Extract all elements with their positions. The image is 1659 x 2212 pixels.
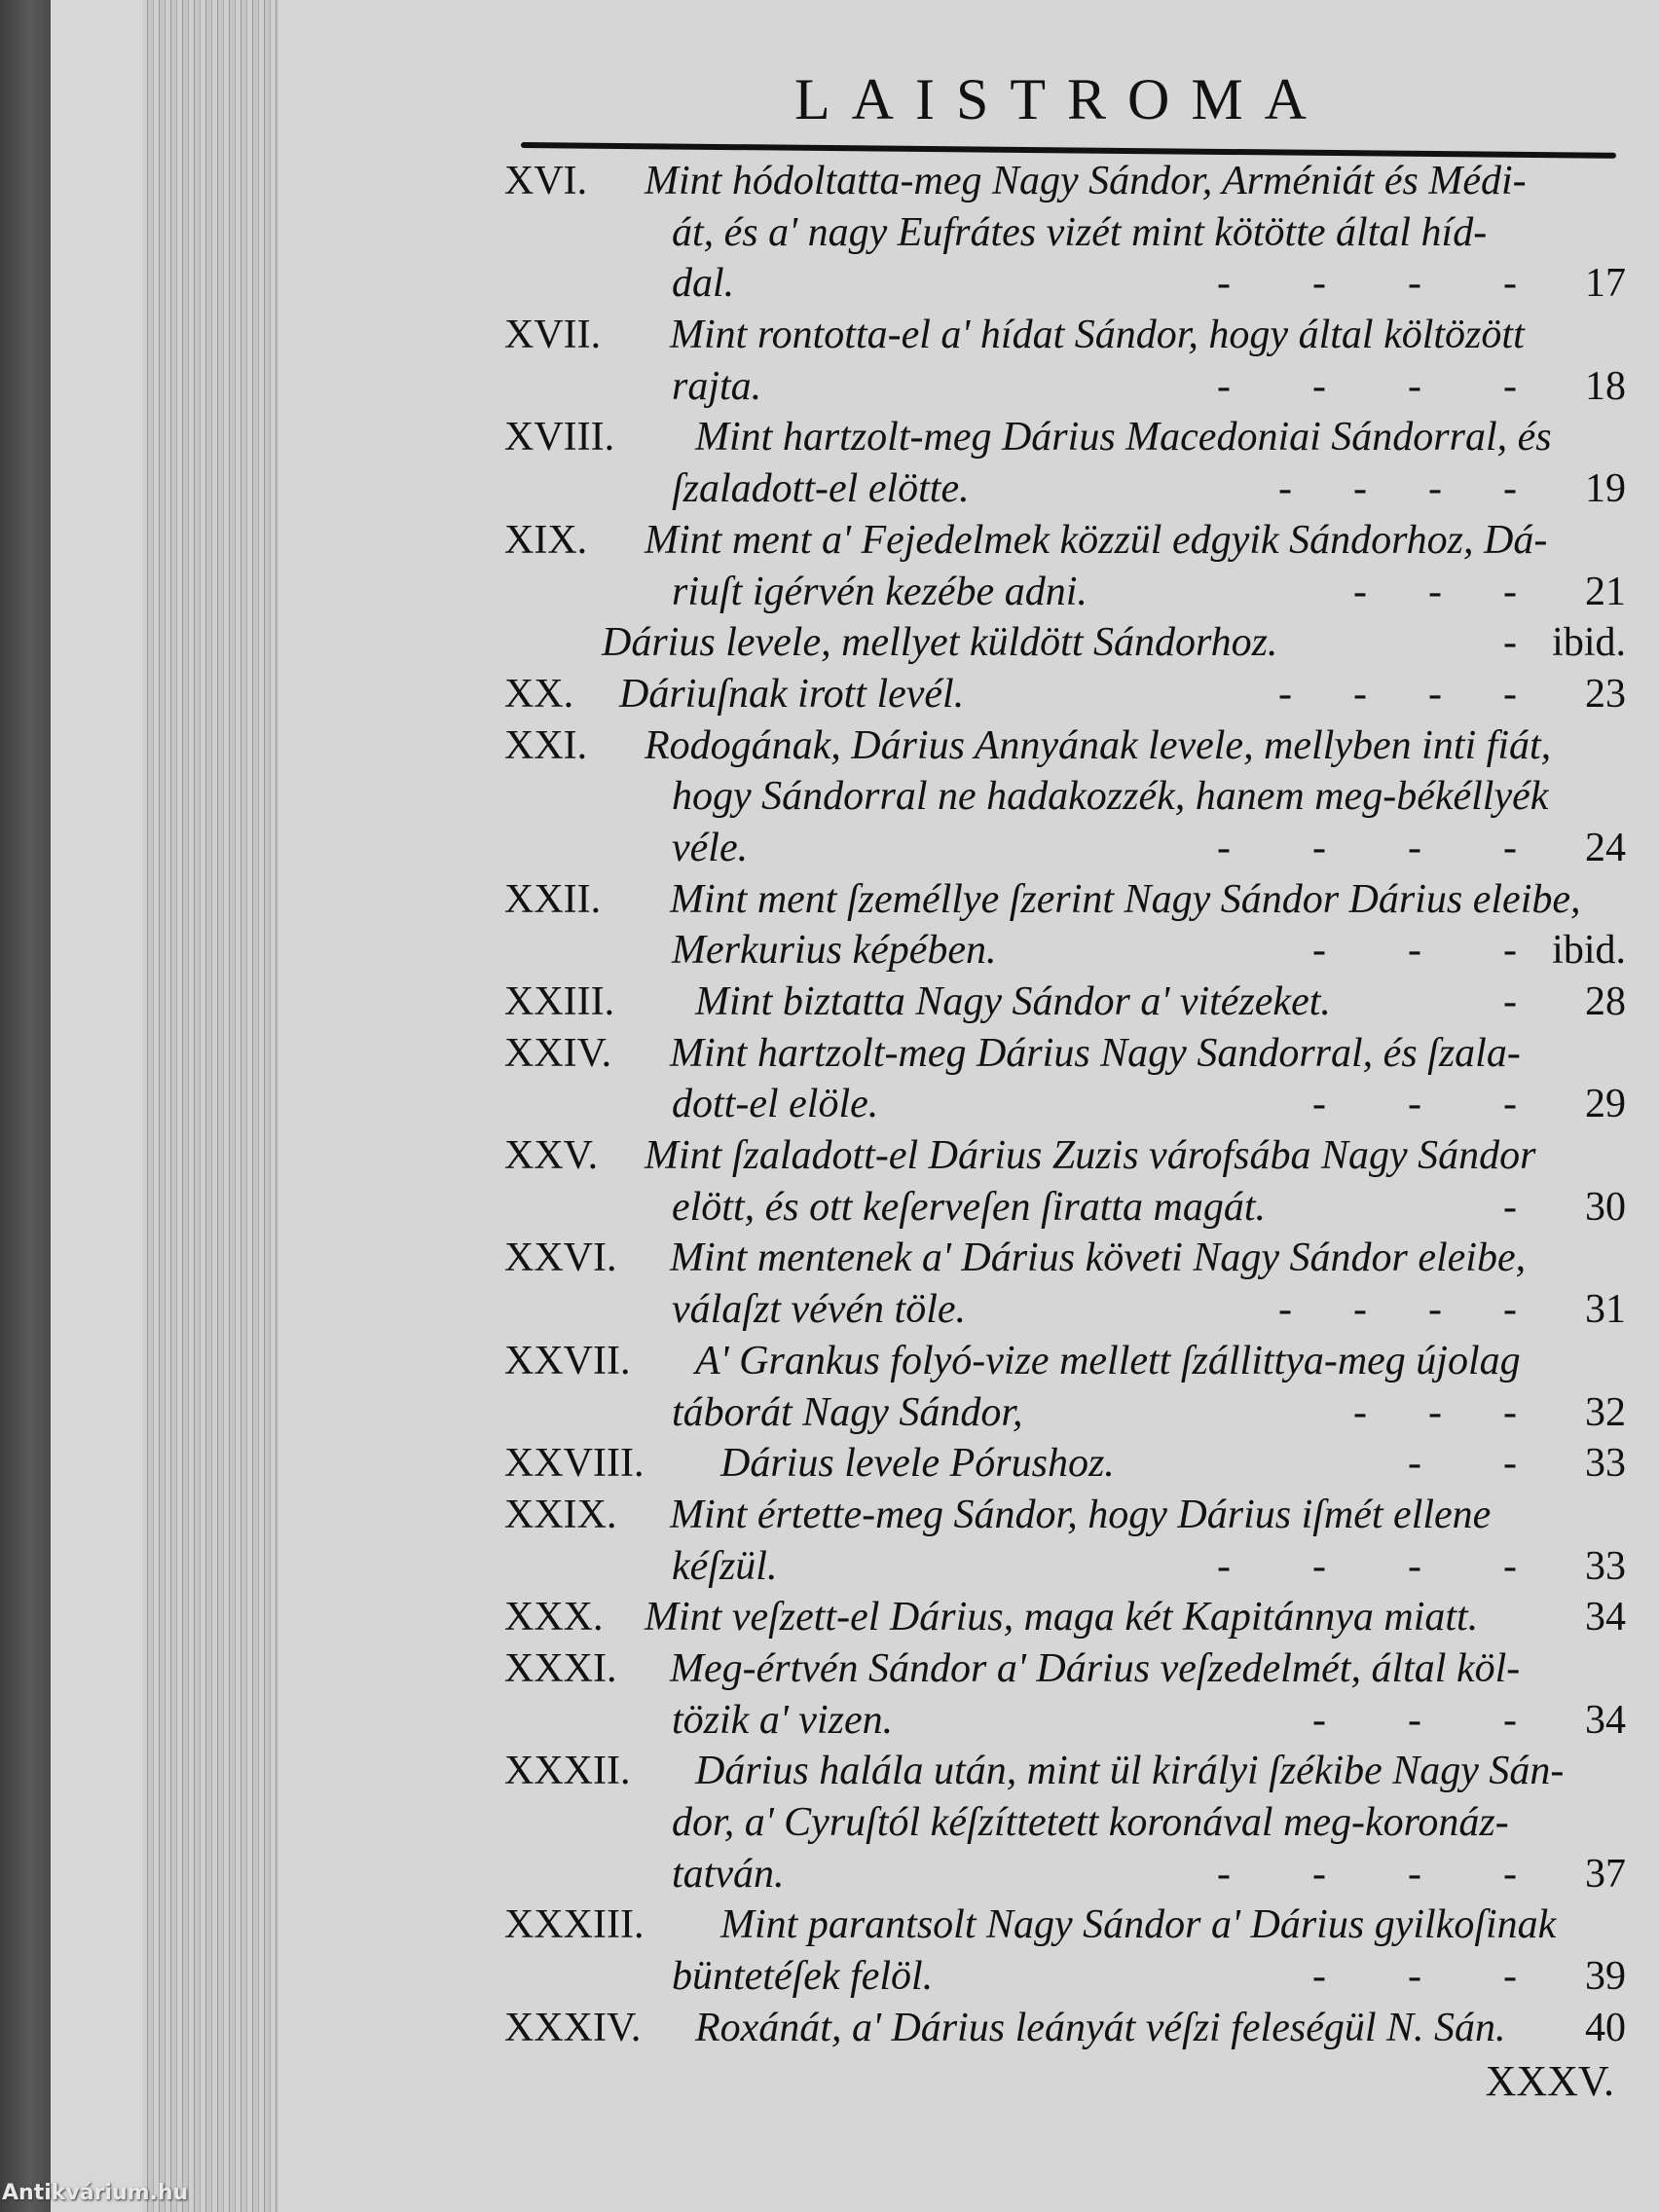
- chapter-title: Mint mentenek a' Dárius követi Nagy Sánd…: [670, 1233, 1526, 1284]
- leader-dashes: -: [1503, 977, 1517, 1028]
- chapter-title: válaſzt vévén töle.: [672, 1284, 966, 1336]
- page-number: 32: [1585, 1387, 1626, 1439]
- chapter-title: véle.: [672, 823, 748, 874]
- chapter-title: táborát Nagy Sándor,: [672, 1387, 1023, 1439]
- chapter-title: rajta.: [672, 361, 761, 413]
- chapter-number: XVIII.: [504, 412, 614, 463]
- toc-line: elött, és ott keſerveſen ſiratta magát.-…: [504, 1182, 1624, 1234]
- chapter-number: XXXII.: [504, 1746, 630, 1797]
- toc-line: XXII.Mint ment ſzeméllye ſzerint Nagy Sá…: [504, 874, 1624, 926]
- leader-dashes: - - - -: [1217, 1849, 1517, 1900]
- toc-line: XXV.Mint ſzaladott-el Dárius Zuzis várof…: [504, 1130, 1624, 1182]
- chapter-number: XXVII.: [504, 1336, 630, 1387]
- chapter-title: Dárius halála után, mint ül királyi ſzék…: [695, 1746, 1564, 1797]
- chapter-title: Meg-értvén Sándor a' Dárius veſzedelmét,…: [670, 1643, 1520, 1695]
- leader-dashes: - - -: [1312, 1951, 1517, 2003]
- toc-line: XIX.Mint ment a' Fejedelmek közzül edgyi…: [504, 515, 1624, 567]
- chapter-title: Mint hódoltatta-meg Nagy Sándor, Arméniá…: [645, 156, 1527, 207]
- toc-line: riuſt igérvén kezébe adni.- - -21: [504, 567, 1624, 618]
- leader-dashes: - -: [1408, 1438, 1517, 1490]
- chapter-title: Dárius levele Pórushoz.: [720, 1438, 1115, 1490]
- page-number: ibid.: [1552, 925, 1626, 977]
- toc-line: XXVI.Mint mentenek a' Dárius követi Nagy…: [504, 1233, 1624, 1284]
- toc-line: táborát Nagy Sándor,- - -32: [504, 1387, 1624, 1439]
- page-number: 21: [1585, 567, 1626, 618]
- chapter-title: dal.: [672, 258, 734, 310]
- page-number: 33: [1585, 1438, 1626, 1490]
- page-number: 34: [1585, 1592, 1626, 1643]
- toc-line: hogy Sándorral ne hadakozzék, hanem meg-…: [504, 771, 1624, 823]
- toc-line: XVI.Mint hódoltatta-meg Nagy Sándor, Arm…: [504, 156, 1624, 207]
- chapter-title: Merkurius képében.: [672, 925, 997, 977]
- chapter-title: Rodogának, Dárius Annyának levele, melly…: [645, 720, 1551, 772]
- leader-dashes: - - - -: [1278, 463, 1517, 515]
- leader-dashes: - - -: [1312, 1695, 1517, 1747]
- chapter-number: XXX.: [504, 1592, 604, 1643]
- chapter-number: XXI.: [504, 720, 587, 772]
- chapter-title: Mint parantsolt Nagy Sándor a' Dárius gy…: [720, 1899, 1556, 1951]
- page-number: 17: [1585, 258, 1626, 310]
- toc-line: XXX.Mint veſzett-el Dárius, maga két Kap…: [504, 1592, 1624, 1643]
- table-of-contents: XVI.Mint hódoltatta-meg Nagy Sándor, Arm…: [504, 156, 1624, 2053]
- toc-line: XXI.Rodogának, Dárius Annyának levele, m…: [504, 720, 1624, 772]
- catchword: XXXV.: [1486, 2056, 1614, 2106]
- toc-line: dor, a' Cyruſtól kéſzíttetett koronával …: [504, 1797, 1624, 1849]
- leader-dashes: -: [1503, 617, 1517, 669]
- page-number: 18: [1585, 361, 1626, 413]
- chapter-title: hogy Sándorral ne hadakozzék, hanem meg-…: [672, 771, 1548, 823]
- chapter-title: tatván.: [672, 1849, 784, 1900]
- toc-line: büntetéſek felöl.- - -39: [504, 1951, 1624, 2003]
- toc-line: XXVIII.Dárius levele Pórushoz.- -33: [504, 1438, 1624, 1490]
- chapter-number: XXIII.: [504, 977, 614, 1028]
- chapter-title: Roxánát, a' Dárius leányát véſzi feleség…: [695, 2003, 1506, 2054]
- toc-line: Merkurius képében.- - -ibid.: [504, 925, 1624, 977]
- chapter-number: XXVI.: [504, 1233, 616, 1284]
- page-number: 40: [1585, 2003, 1626, 2054]
- page-number: 28: [1585, 977, 1626, 1028]
- chapter-title: Dárius levele, mellyet küldött Sándorhoz…: [602, 617, 1277, 669]
- page-number: 30: [1585, 1182, 1626, 1234]
- toc-line: tatván.- - - -37: [504, 1849, 1624, 1900]
- chapter-title: Mint rontotta-el a' hídat Sándor, hogy á…: [670, 310, 1525, 361]
- leader-dashes: -: [1503, 1182, 1517, 1234]
- page-number: ibid.: [1552, 617, 1626, 669]
- chapter-title: büntetéſek felöl.: [672, 1951, 933, 2003]
- chapter-title: dor, a' Cyruſtól kéſzíttetett koronával …: [672, 1797, 1509, 1849]
- toc-line: XX.Dáriuſnak irott levél.- - - -23: [504, 669, 1624, 720]
- toc-line: kéſzül.- - - -33: [504, 1541, 1624, 1593]
- toc-line: válaſzt vévén töle.- - - -31: [504, 1284, 1624, 1336]
- page-number: 19: [1585, 463, 1626, 515]
- chapter-number: XXII.: [504, 874, 601, 926]
- chapter-title: riuſt igérvén kezébe adni.: [672, 567, 1088, 618]
- chapter-number: XXXIV.: [504, 2003, 641, 2054]
- page-title: LAISTROMA: [506, 66, 1616, 133]
- page-number: 37: [1585, 1849, 1626, 1900]
- chapter-title: kéſzül.: [672, 1541, 777, 1593]
- chapter-title: Mint ment ſzeméllye ſzerint Nagy Sándor …: [670, 874, 1581, 926]
- leader-dashes: - - - -: [1217, 1541, 1517, 1593]
- toc-line: XVIII.Mint hartzolt-meg Dárius Macedonia…: [504, 412, 1624, 463]
- leader-dashes: - - - -: [1217, 361, 1517, 413]
- chapter-number: XIX.: [504, 515, 587, 567]
- toc-line: ſzaladott-el elötte.- - - -19: [504, 463, 1624, 515]
- toc-line: rajta.- - - -18: [504, 361, 1624, 413]
- toc-line: dott-el elöle.- - -29: [504, 1079, 1624, 1130]
- page-number: 34: [1585, 1695, 1626, 1747]
- chapter-number: XXIV.: [504, 1028, 611, 1080]
- chapter-number: XXXI.: [504, 1643, 616, 1695]
- chapter-title: Mint ſzaladott-el Dárius Zuzis várofsába…: [645, 1130, 1536, 1182]
- page-number: 23: [1585, 669, 1626, 720]
- chapter-title: tözik a' vizen.: [672, 1695, 893, 1747]
- toc-line: XXXIII.Mint parantsolt Nagy Sándor a' Dá…: [504, 1899, 1624, 1951]
- page-number: 29: [1585, 1079, 1626, 1130]
- page-gutter: [51, 0, 142, 2212]
- chapter-title: Mint biztatta Nagy Sándor a' vitézeket.: [695, 977, 1331, 1028]
- chapter-number: XXIX.: [504, 1490, 616, 1541]
- toc-line: dal.- - - -17: [504, 258, 1624, 310]
- toc-line: át, és a' nagy Eufrátes vizét mint kötöt…: [504, 207, 1624, 259]
- chapter-title: dott-el elöle.: [672, 1079, 878, 1130]
- chapter-number: XXVIII.: [504, 1438, 644, 1490]
- chapter-number: XVII.: [504, 310, 601, 361]
- toc-line: XXVII.A' Grankus folyó-vize mellett ſzál…: [504, 1336, 1624, 1387]
- leader-dashes: - - - -: [1217, 823, 1517, 874]
- book-spine: [0, 0, 51, 2212]
- toc-line: tözik a' vizen.- - -34: [504, 1695, 1624, 1747]
- toc-line: Dárius levele, mellyet küldött Sándorhoz…: [504, 617, 1624, 669]
- page-number: 24: [1585, 823, 1626, 874]
- chapter-title: Mint hartzolt-meg Dárius Nagy Sandorral,…: [670, 1028, 1521, 1080]
- toc-line: véle.- - - -24: [504, 823, 1624, 874]
- chapter-title: ſzaladott-el elötte.: [672, 463, 970, 515]
- chapter-number: XX.: [504, 669, 573, 720]
- toc-line: XXXIV.Roxánát, a' Dárius leányát véſzi f…: [504, 2003, 1624, 2054]
- leader-dashes: - - - -: [1217, 258, 1517, 310]
- chapter-number: XXV.: [504, 1130, 598, 1182]
- chapter-title: Mint hartzolt-meg Dárius Macedoniai Sánd…: [695, 412, 1552, 463]
- chapter-title: Dáriuſnak irott levél.: [619, 669, 964, 720]
- chapter-title: elött, és ott keſerveſen ſiratta magát.: [672, 1182, 1266, 1234]
- watermark: Antikvárium.hu: [2, 2181, 188, 2205]
- toc-line: XXIII.Mint biztatta Nagy Sándor a' vitéz…: [504, 977, 1624, 1028]
- leader-dashes: - - - -: [1278, 1284, 1517, 1336]
- leader-dashes: - - - -: [1278, 669, 1517, 720]
- chapter-number: XXXIII.: [504, 1899, 644, 1951]
- page-number: 31: [1585, 1284, 1626, 1336]
- toc-line: XXXI.Meg-értvén Sándor a' Dárius veſzede…: [504, 1643, 1624, 1695]
- chapter-number: XVI.: [504, 156, 587, 207]
- leader-dashes: - - -: [1353, 1387, 1517, 1439]
- leader-dashes: - - -: [1312, 925, 1517, 977]
- toc-line: XXIX.Mint értette-meg Sándor, hogy Dáriu…: [504, 1490, 1624, 1541]
- page-edges: [142, 0, 278, 2212]
- page-number: 39: [1585, 1951, 1626, 2003]
- toc-line: XXXII.Dárius halála után, mint ül király…: [504, 1746, 1624, 1797]
- chapter-title: Mint veſzett-el Dárius, maga két Kapitán…: [645, 1592, 1478, 1643]
- toc-line: XXIV.Mint hartzolt-meg Dárius Nagy Sando…: [504, 1028, 1624, 1080]
- chapter-title: A' Grankus folyó-vize mellett ſzállittya…: [695, 1336, 1521, 1387]
- chapter-title: át, és a' nagy Eufrátes vizét mint kötöt…: [672, 207, 1487, 259]
- leader-dashes: - - -: [1353, 567, 1517, 618]
- chapter-title: Mint ment a' Fejedelmek közzül edgyik Sá…: [645, 515, 1547, 567]
- leader-dashes: - - -: [1312, 1079, 1517, 1130]
- chapter-title: Mint értette-meg Sándor, hogy Dárius iſm…: [670, 1490, 1491, 1541]
- page-number: 33: [1585, 1541, 1626, 1593]
- toc-line: XVII.Mint rontotta-el a' hídat Sándor, h…: [504, 310, 1624, 361]
